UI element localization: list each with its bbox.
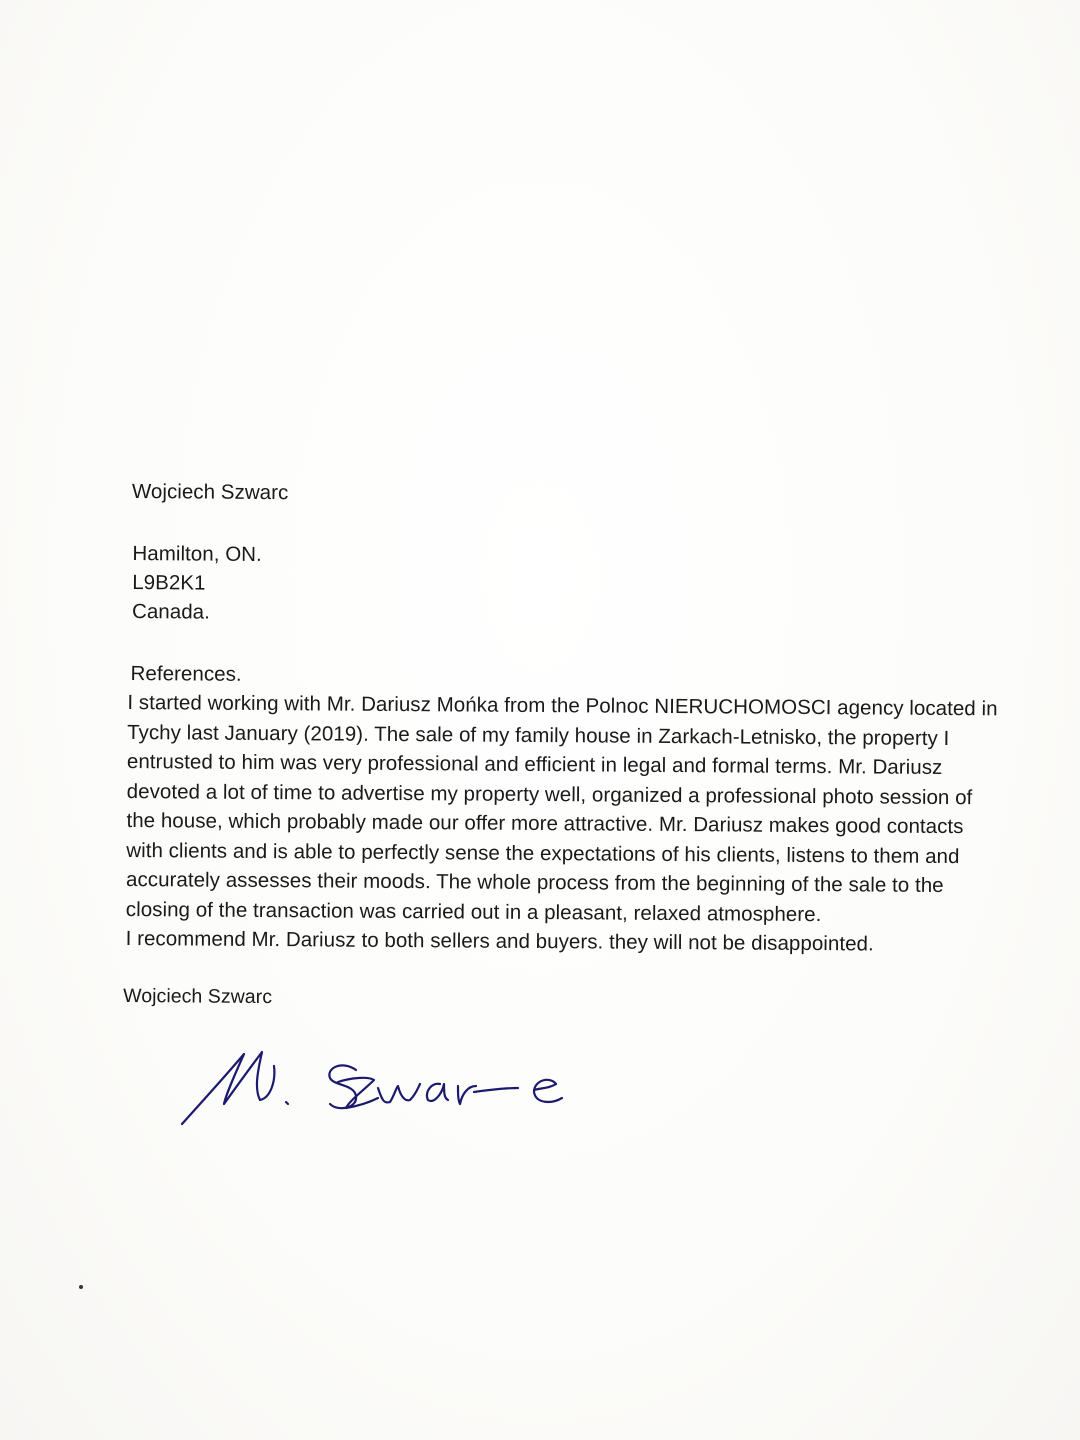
- body-line: I recommend Mr. Dariusz to both sellers …: [126, 924, 1061, 960]
- sender-name: Wojciech Szwarc: [132, 480, 1064, 511]
- letter-body: I started working with Mr. Dariusz Mońka…: [126, 688, 1063, 960]
- address-line-country: Canada.: [132, 597, 1063, 633]
- handwritten-signature-icon: [178, 1042, 578, 1152]
- sender-address: Hamilton, ON. L9B2K1 Canada.: [132, 539, 1064, 633]
- closing-name: Wojciech Szwarc: [123, 983, 1060, 1014]
- paper-page: Wojciech Szwarc Hamilton, ON. L9B2K1 Can…: [0, 0, 1080, 1440]
- letter: Wojciech Szwarc Hamilton, ON. L9B2K1 Can…: [125, 480, 1064, 1014]
- paper-speck: [79, 1285, 83, 1289]
